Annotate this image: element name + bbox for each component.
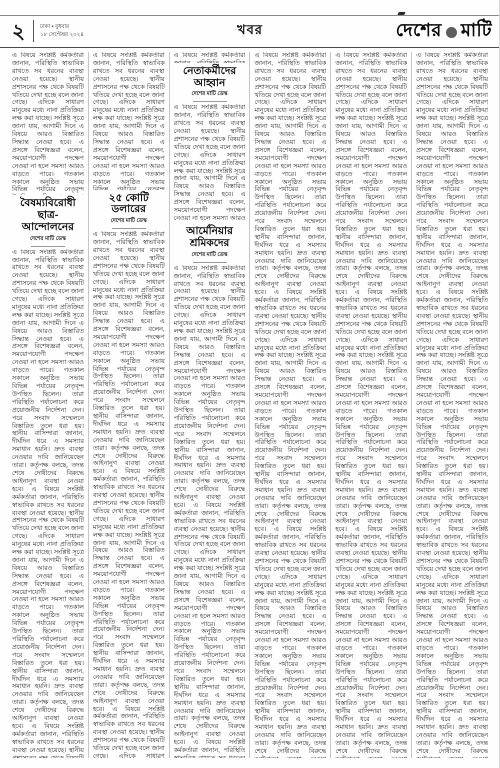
body-text: এ বিষয়ে সংশ্লিষ্ট কর্মকর্তারা জানান, পর… <box>174 104 246 223</box>
headline-text: আর্মেনিয়ার শ্রমিকদের <box>174 226 246 250</box>
news-column-3: এ বিষয়ে সংশ্লিষ্ট কর্মকর্তারা জানান, পর… <box>169 52 250 758</box>
news-column-5: এ বিষয়ে সংশ্লিষ্ট কর্মকর্তারা জানান, পর… <box>330 52 411 758</box>
article-dateline: দেশের মাটি ডেস্ক <box>174 91 246 99</box>
body-text: এ বিষয়ে সংশ্লিষ্ট কর্মকর্তারা জানান, পর… <box>93 231 165 758</box>
header-rule <box>0 47 500 48</box>
article-dateline: দেশের মাটি ডেস্ক <box>93 218 165 226</box>
dateline-rule <box>112 228 146 229</box>
article-dateline: দেশের মাটি ডেস্ক <box>174 252 246 260</box>
body-text: এ বিষয়ে সংশ্লিষ্ট কর্মকর্তারা জানান, পর… <box>335 52 407 758</box>
article-headline: বৈষম্যবিরোধী ছাত্র-আন্দোলনেরদেশের মাটি ড… <box>12 195 84 248</box>
article-dateline: দেশের মাটি ডেস্ক <box>12 236 84 244</box>
body-text: এ বিষয়ে সংশ্লিষ্ট কর্মকর্তারা জানান, পর… <box>12 249 84 758</box>
newspaper-page: ২ ঢাকা • বুধবার ১৮ সেপ্টেম্বর ২০২৪ খবর দ… <box>0 0 500 768</box>
headline-text: নেতাকর্মীদের আহ্বান <box>174 66 246 90</box>
masthead-globe-icon <box>446 27 457 38</box>
masthead-word-2: মাটি <box>461 16 492 47</box>
news-columns: এ বিষয়ে সংশ্লিষ্ট কর্মকর্তারা জানান, পর… <box>8 52 492 758</box>
body-text: এ বিষয়ে সংশ্লিষ্ট কর্মকর্তারা জানান, পর… <box>174 265 246 758</box>
article-headline: আর্মেনিয়ার শ্রমিকদেরদেশের মাটি ডেস্ক <box>174 223 246 265</box>
masthead-word-1: দেশের <box>396 16 442 47</box>
news-column-1: এ বিষয়ে সংশ্লিষ্ট কর্মকর্তারা জানান, পর… <box>8 52 88 758</box>
body-text: এ বিষয়ে সংশ্লিষ্ট কর্মকর্তারা জানান, পর… <box>12 52 84 195</box>
news-column-4: এ বিষয়ে সংশ্লিষ্ট কর্মকর্তারা জানান, পর… <box>249 52 330 758</box>
dateline-rule <box>31 246 65 247</box>
article-headline: নেতাকর্মীদের আহ্বানদেশের মাটি ডেস্ক <box>174 63 246 105</box>
article-headline: ২৫ কোটি ডলারেরদেশের মাটি ডেস্ক <box>93 190 165 232</box>
headline-text: ২৫ কোটি ডলারের <box>93 193 165 217</box>
body-text: এ বিষয়ে সংশ্লিষ্ট কর্মকর্তারা জানান, পর… <box>254 52 326 758</box>
dateline-rule <box>193 101 227 102</box>
body-text: এ বিষয়ে সংশ্লিষ্ট কর্মকর্তারা জানান, পর… <box>174 52 246 63</box>
news-column-2: এ বিষয়ে সংশ্লিষ্ট কর্মকর্তারা জানান, পর… <box>88 52 169 758</box>
news-column-6: এ বিষয়ে সংশ্লিষ্ট কর্মকর্তারা জানান, পর… <box>411 52 492 758</box>
page-header: ২ ঢাকা • বুধবার ১৮ সেপ্টেম্বর ২০২৪ খবর দ… <box>0 16 500 46</box>
masthead-flag-icon <box>397 12 405 15</box>
body-text: এ বিষয়ে সংশ্লিষ্ট কর্মকর্তারা জানান, পর… <box>416 52 488 758</box>
body-text: এ বিষয়ে সংশ্লিষ্ট কর্মকর্তারা জানান, পর… <box>93 52 165 190</box>
dateline-rule <box>193 262 227 263</box>
masthead: দেশের মাটি <box>396 16 492 47</box>
headline-text: বৈষম্যবিরোধী ছাত্র-আন্দোলনের <box>12 198 84 233</box>
